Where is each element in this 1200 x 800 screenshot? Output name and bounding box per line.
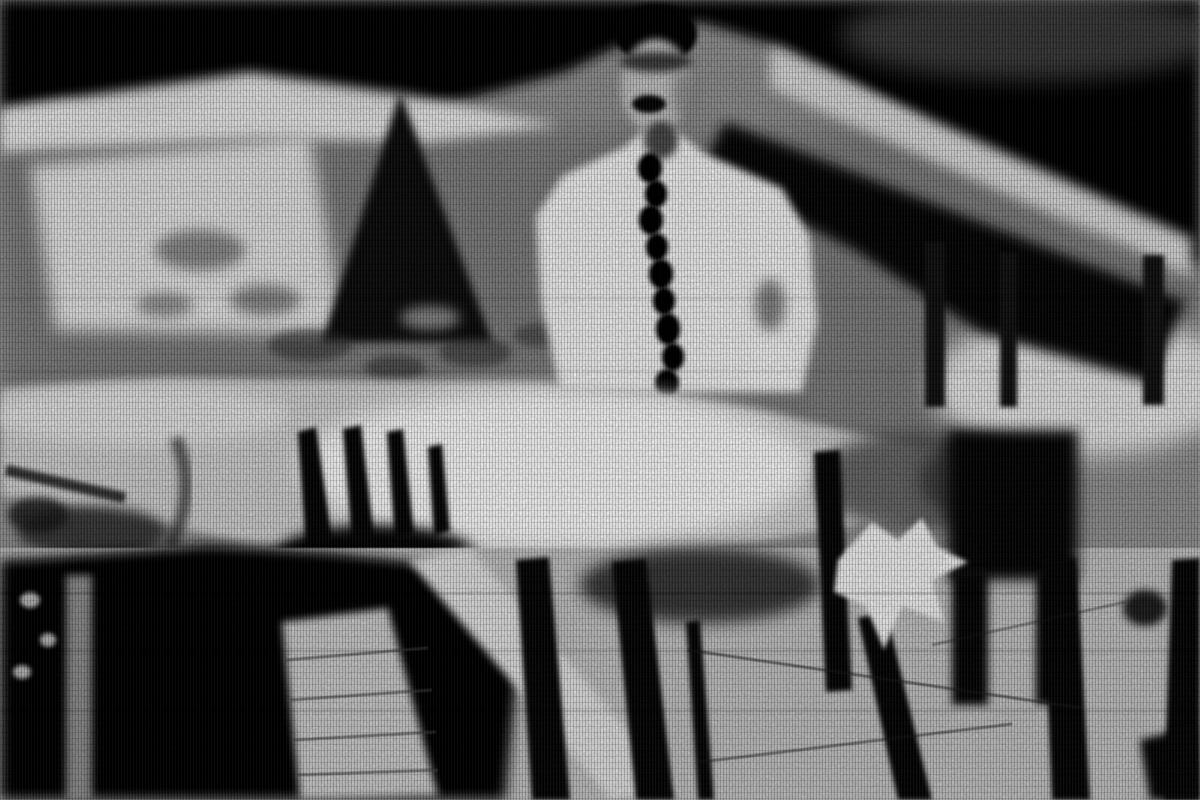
film-grain xyxy=(0,0,1200,800)
photograph: Grainy black-and-white halftone photogra… xyxy=(0,0,1200,800)
photo-scene: Grainy black-and-white halftone photogra… xyxy=(0,0,1200,800)
screenshot-root: Grainy black-and-white halftone photogra… xyxy=(0,0,1200,800)
